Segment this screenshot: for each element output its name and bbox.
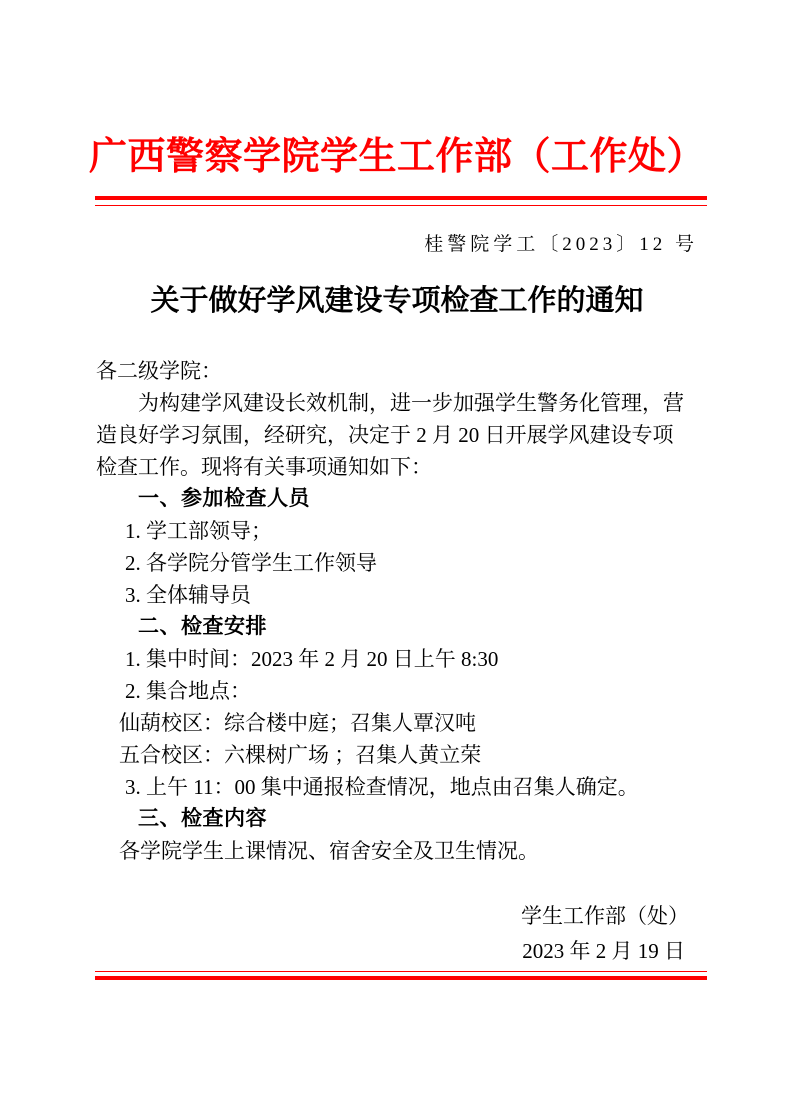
list-item: 3. 上午 11：00 集中通报检查情况，地点由召集人确定。 [96, 771, 700, 803]
campus-line: 五合校区：六棵树广场 ；召集人黄立荣 [96, 739, 700, 771]
body-line: 为构建学风建设长效机制，进一步加强学生警务化管理，营 [96, 387, 700, 419]
list-item: 1. 学工部领导； [96, 515, 700, 547]
footer-double-rule [95, 971, 707, 980]
section-heading-1: 一、参加检查人员 [96, 483, 700, 515]
section-heading-3: 三、检查内容 [96, 803, 700, 835]
notice-title: 关于做好学风建设专项检查工作的通知 [40, 283, 754, 319]
signature-date: 2023 年 2 月 19 日 [96, 934, 689, 969]
list-item: 2. 各学院分管学生工作领导 [96, 547, 700, 579]
body-line: 造良好学习氛围，经研究，决定于 2 月 20 日开展学风建设专项 [96, 419, 700, 451]
body-line: 检查工作。现将有关事项通知如下： [96, 451, 700, 483]
salutation-line: 各二级学院： [96, 355, 700, 387]
document-number: 桂警院学工〔2023〕12 号 [96, 233, 698, 257]
notice-document-page: 广西警察学院学生工作部（工作处） 桂警院学工〔2023〕12 号 关于做好学风建… [0, 0, 794, 1107]
list-item: 3. 全体辅导员 [96, 579, 700, 611]
list-item: 2. 集合地点： [96, 675, 700, 707]
signature-block: 学生工作部（处） 2023 年 2 月 19 日 [96, 899, 698, 969]
notice-body: 各二级学院： 为构建学风建设长效机制，进一步加强学生警务化管理，营 造良好学习氛… [96, 355, 700, 867]
campus-line: 仙葫校区：综合楼中庭；召集人覃汉吨 [96, 707, 700, 739]
letterhead-double-rule [95, 196, 707, 206]
signature-org: 学生工作部（处） [96, 899, 689, 934]
section-heading-2: 二、检查安排 [96, 611, 700, 643]
body-line: 各学院学生上课情况、宿舍安全及卫生情况。 [96, 835, 700, 867]
letterhead-org-title: 广西警察学院学生工作部（工作处） [40, 134, 754, 180]
list-item: 1. 集中时间：2023 年 2 月 20 日上午 8:30 [96, 643, 700, 675]
